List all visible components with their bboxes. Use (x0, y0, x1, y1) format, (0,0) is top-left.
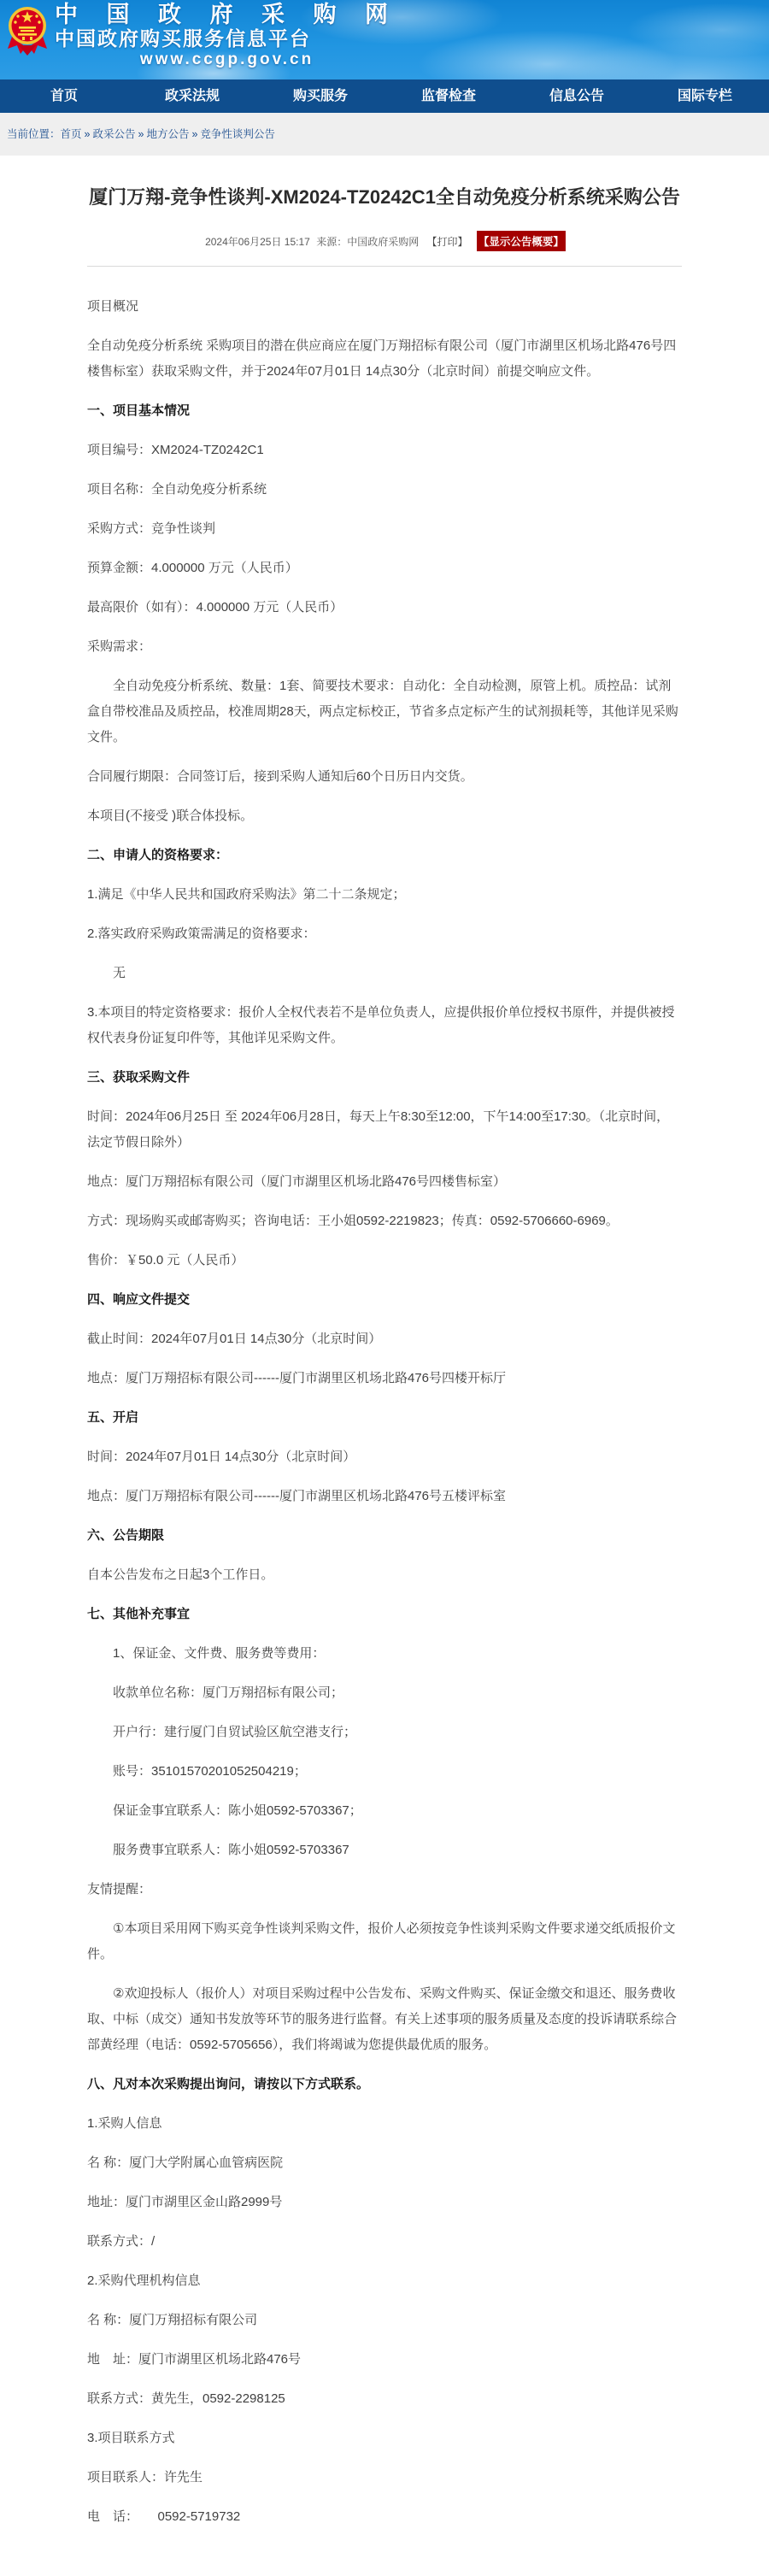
paragraph: 无 (87, 961, 682, 986)
print-button[interactable]: 【打印】 (427, 236, 468, 248)
paragraph: 地点：厦门万翔招标有限公司------厦门市湖里区机场北路476号五楼评标室 (87, 1484, 682, 1509)
paragraph: 自本公告发布之日起3个工作日。 (87, 1562, 682, 1588)
paragraph: 保证金事宜联系人：陈小姐0592-5703367； (87, 1798, 682, 1824)
paragraph: 合同履行期限：合同签订后，接到采购人通知后60个日历日内交货。 (87, 764, 682, 790)
section-heading: 一、项目基本情况 (87, 398, 682, 424)
site-header: 中 国 政 府 采 购 网 中国政府购买服务信息平台 www.ccgp.gov.… (0, 0, 769, 79)
breadcrumb-separator: » (138, 128, 144, 140)
paragraph: 3.项目联系方式 (87, 2426, 682, 2451)
paragraph: 全自动免疫分析系统 采购项目的潜在供应商应在厦门万翔招标有限公司（厦门市湖里区机… (87, 333, 682, 385)
breadcrumb-link[interactable]: 首页 (61, 128, 82, 140)
paragraph: 3.本项目的特定资格要求：报价人全权代表若不是单位负责人，应提供报价单位授权书原… (87, 1000, 682, 1051)
main-nav: 首页政采法规购买服务监督检查信息公告国际专栏 (0, 79, 769, 113)
section-heading: 六、公告期限 (87, 1523, 682, 1549)
paragraph: 售价：￥50.0 元（人民币） (87, 1248, 682, 1273)
paragraph: 联系方式：黄先生，0592-2298125 (87, 2386, 682, 2412)
paragraph: 电 话： 0592-5719732 (87, 2504, 682, 2530)
nav-item-announcements[interactable]: 信息公告 (513, 79, 641, 113)
paragraph: 地址：厦门市湖里区金山路2999号 (87, 2190, 682, 2215)
breadcrumb-link[interactable]: 竞争性谈判公告 (200, 128, 275, 140)
section-heading: 五、开启 (87, 1405, 682, 1431)
paragraph: 采购方式：竞争性谈判 (87, 516, 682, 542)
nav-item-supervision[interactable]: 监督检查 (384, 79, 513, 113)
paragraph: 账号：35101570201052504219； (87, 1759, 682, 1785)
section-heading: 八、凡对本次采购提出询问，请按以下方式联系。 (87, 2072, 682, 2097)
paragraph: 1.采购人信息 (87, 2111, 682, 2137)
site-subtitle: 中国政府购买服务信息平台 (55, 27, 399, 50)
nav-item-international[interactable]: 国际专栏 (641, 79, 769, 113)
paragraph: 名 称：厦门大学附属心血管病医院 (87, 2150, 682, 2176)
site-logo[interactable]: 中 国 政 府 采 购 网 中国政府购买服务信息平台 www.ccgp.gov.… (7, 2, 399, 70)
paragraph: 地点：厦门万翔招标有限公司------厦门市湖里区机场北路476号四楼开标厅 (87, 1366, 682, 1391)
breadcrumb-label: 当前位置： (7, 128, 61, 140)
breadcrumb-links: 首页»政采公告»地方公告»竞争性谈判公告 (61, 128, 275, 140)
paragraph: 名 称：厦门万翔招标有限公司 (87, 2308, 682, 2333)
breadcrumb-separator: » (85, 128, 91, 140)
paragraph: 时间：2024年07月01日 14点30分（北京时间） (87, 1444, 682, 1470)
section-heading: 二、申请人的资格要求： (87, 843, 682, 868)
nav-item-home[interactable]: 首页 (0, 79, 128, 113)
breadcrumb-separator: » (191, 128, 197, 140)
nav-item-purchase-services[interactable]: 购买服务 (256, 79, 384, 113)
paragraph: 2.落实政府采购政策需满足的资格要求： (87, 921, 682, 947)
paragraph: 本项目(不接受 )联合体投标。 (87, 803, 682, 829)
breadcrumb: 当前位置：首页»政采公告»地方公告»竞争性谈判公告 (0, 113, 769, 156)
page-title: 厦门万翔-竞争性谈判-XM2024-TZ0242C1全自动免疫分析系统采购公告 (47, 185, 722, 210)
source-label: 来源：中国政府采购网 (316, 236, 419, 248)
paragraph: 项目编号：XM2024-TZ0242C1 (87, 438, 682, 463)
site-logo-text: 中 国 政 府 采 购 网 中国政府购买服务信息平台 www.ccgp.gov.… (55, 2, 399, 70)
paragraph: 1、保证金、文件费、服务费等费用： (87, 1641, 682, 1667)
breadcrumb-link[interactable]: 政采公告 (92, 128, 135, 140)
site-title: 中 国 政 府 采 购 网 (55, 2, 399, 27)
paragraph: 项目联系人：许先生 (87, 2465, 682, 2491)
breadcrumb-link[interactable]: 地方公告 (146, 128, 189, 140)
paragraph: ①本项目采用网下购买竞争性谈判采购文件，报价人必须按竞争性谈判采购文件要求递交纸… (87, 1916, 682, 1967)
paragraph: 项目概况 (87, 294, 682, 320)
section-heading: 四、响应文件提交 (87, 1287, 682, 1313)
paragraph: 方式：现场购买或邮寄购买；咨询电话：王小姐0592-2219823；传真：059… (87, 1209, 682, 1234)
paragraph: 收款单位名称：厦门万翔招标有限公司； (87, 1680, 682, 1706)
article-meta: 2024年06月25日 15:17 来源：中国政府采购网 【打印】 【显示公告概… (0, 231, 769, 251)
paragraph: 友情提醒： (87, 1877, 682, 1903)
section-heading: 三、获取采购文件 (87, 1065, 682, 1091)
paragraph: 采购需求： (87, 634, 682, 660)
paragraph: 地点：厦门万翔招标有限公司（厦门市湖里区机场北路476号四楼售标室） (87, 1169, 682, 1195)
paragraph: ②欢迎投标人（报价人）对项目采购过程中公告发布、采购文件购买、保证金缴交和退还、… (87, 1981, 682, 2058)
paragraph: 预算金额：4.000000 万元（人民币） (87, 556, 682, 581)
publish-datetime: 2024年06月25日 15:17 (205, 236, 310, 248)
national-emblem-icon (7, 4, 48, 57)
announcement-page: 厦门万翔-竞争性谈判-XM2024-TZ0242C1全自动免疫分析系统采购公告 … (0, 156, 769, 2576)
paragraph: 全自动免疫分析系统、数量：1套、简要技术要求：自动化：全自动检测，原管上机。质控… (87, 673, 682, 750)
section-heading: 七、其他补充事宜 (87, 1602, 682, 1627)
nav-item-regulations[interactable]: 政采法规 (128, 79, 256, 113)
paragraph: 联系方式：/ (87, 2229, 682, 2255)
announcement-body: 项目概况全自动免疫分析系统 采购项目的潜在供应商应在厦门万翔招标有限公司（厦门市… (87, 267, 682, 2576)
paragraph: 时间：2024年06月25日 至 2024年06月28日，每天上午8:30至12… (87, 1104, 682, 1156)
paragraph: 截止时间：2024年07月01日 14点30分（北京时间） (87, 1326, 682, 1352)
paragraph: 项目名称：全自动免疫分析系统 (87, 477, 682, 503)
paragraph: 地 址：厦门市湖里区机场北路476号 (87, 2347, 682, 2373)
paragraph: 开户行：建行厦门自贸试验区航空港支行； (87, 1720, 682, 1745)
site-url: www.ccgp.gov.cn (55, 50, 399, 70)
paragraph: 2.采购代理机构信息 (87, 2268, 682, 2294)
paragraph: 最高限价（如有）：4.000000 万元（人民币） (87, 595, 682, 620)
paragraph: 1.满足《中华人民共和国政府采购法》第二十二条规定； (87, 882, 682, 908)
show-summary-button[interactable]: 【显示公告概要】 (477, 231, 566, 251)
paragraph: 服务费事宜联系人：陈小姐0592-5703367 (87, 1838, 682, 1863)
